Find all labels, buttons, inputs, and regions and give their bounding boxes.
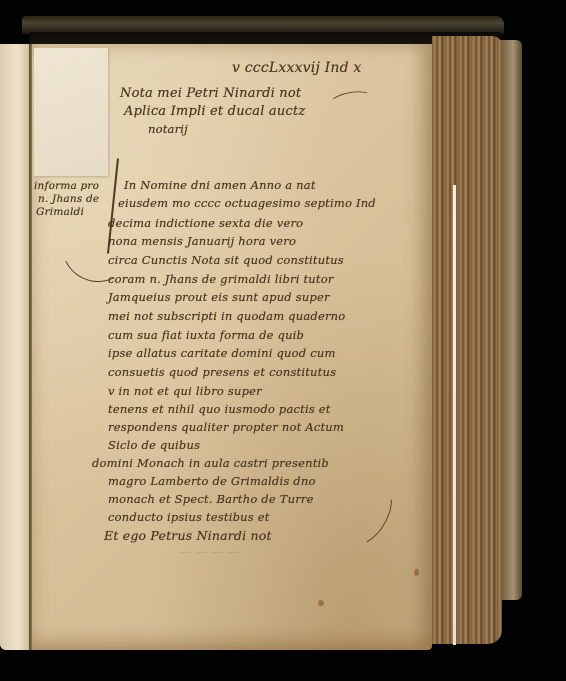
text-line: nona mensis Januarij hora vero bbox=[108, 234, 296, 248]
ink-stain bbox=[414, 569, 419, 576]
text-line: respondens qualiter propter not Actum bbox=[108, 420, 344, 434]
margin-note-line: n. Jhans de bbox=[38, 193, 99, 205]
heading-line: Aplica Impli et ducal auctz bbox=[124, 104, 305, 119]
heading-line: notarij bbox=[148, 122, 188, 136]
bleed-through-text: — — — — bbox=[180, 545, 239, 559]
ink-stain bbox=[318, 600, 324, 606]
text-line: v in not et qui libro super bbox=[108, 384, 262, 398]
text-line: tenens et nihil quo iusmodo pactis et bbox=[108, 402, 331, 416]
text-line: Siclo de quibus bbox=[108, 438, 200, 452]
back-cover-board bbox=[500, 40, 522, 600]
text-line: circa Cunctis Nota sit quod constitutus bbox=[108, 253, 344, 267]
text-line: cum sua fiat iuxta forma de quib bbox=[108, 328, 304, 342]
inserted-paper-sliver bbox=[453, 185, 456, 645]
heading-line: Nota mei Petri Ninardi not bbox=[120, 86, 301, 101]
manuscript-book: — — — — — — — — — — — — v cccLxxxvij Ind… bbox=[0, 0, 566, 681]
text-line: conducto ipsius testibus et bbox=[108, 510, 270, 524]
text-line: magro Lamberto de Grimaldis dno bbox=[108, 474, 316, 488]
text-line: consuetis quod presens et constitutus bbox=[108, 365, 336, 379]
text-line: domini Monach in aula castri presentib bbox=[92, 456, 329, 470]
text-line: decima indictione sexta die vero bbox=[108, 216, 303, 230]
text-line: monach et Spect. Bartho de Turre bbox=[108, 492, 314, 506]
text-line: mei not subscripti in quodam quaderno bbox=[108, 309, 345, 323]
text-line: In Nomine dni amen Anno a nat bbox=[124, 178, 316, 192]
text-line: eiusdem mo cccc octuagesimo septimo Ind bbox=[118, 196, 376, 210]
left-page-edge bbox=[0, 44, 31, 650]
notary-signature-line: Et ego Petrus Ninardi not bbox=[104, 528, 272, 543]
folio-number: v cccLxxxvij Ind x bbox=[232, 60, 362, 76]
text-line: coram n. Jhans de grimaldi libri tutor bbox=[108, 272, 334, 286]
text-line: ipse allatus caritate domini quod cum bbox=[108, 346, 336, 360]
text-line: Jamqueius prout eis sunt apud super bbox=[108, 290, 330, 304]
pasted-paper-slip bbox=[34, 48, 108, 176]
margin-note-line: informa pro bbox=[34, 180, 99, 192]
page-fore-edge-stack bbox=[432, 36, 502, 644]
